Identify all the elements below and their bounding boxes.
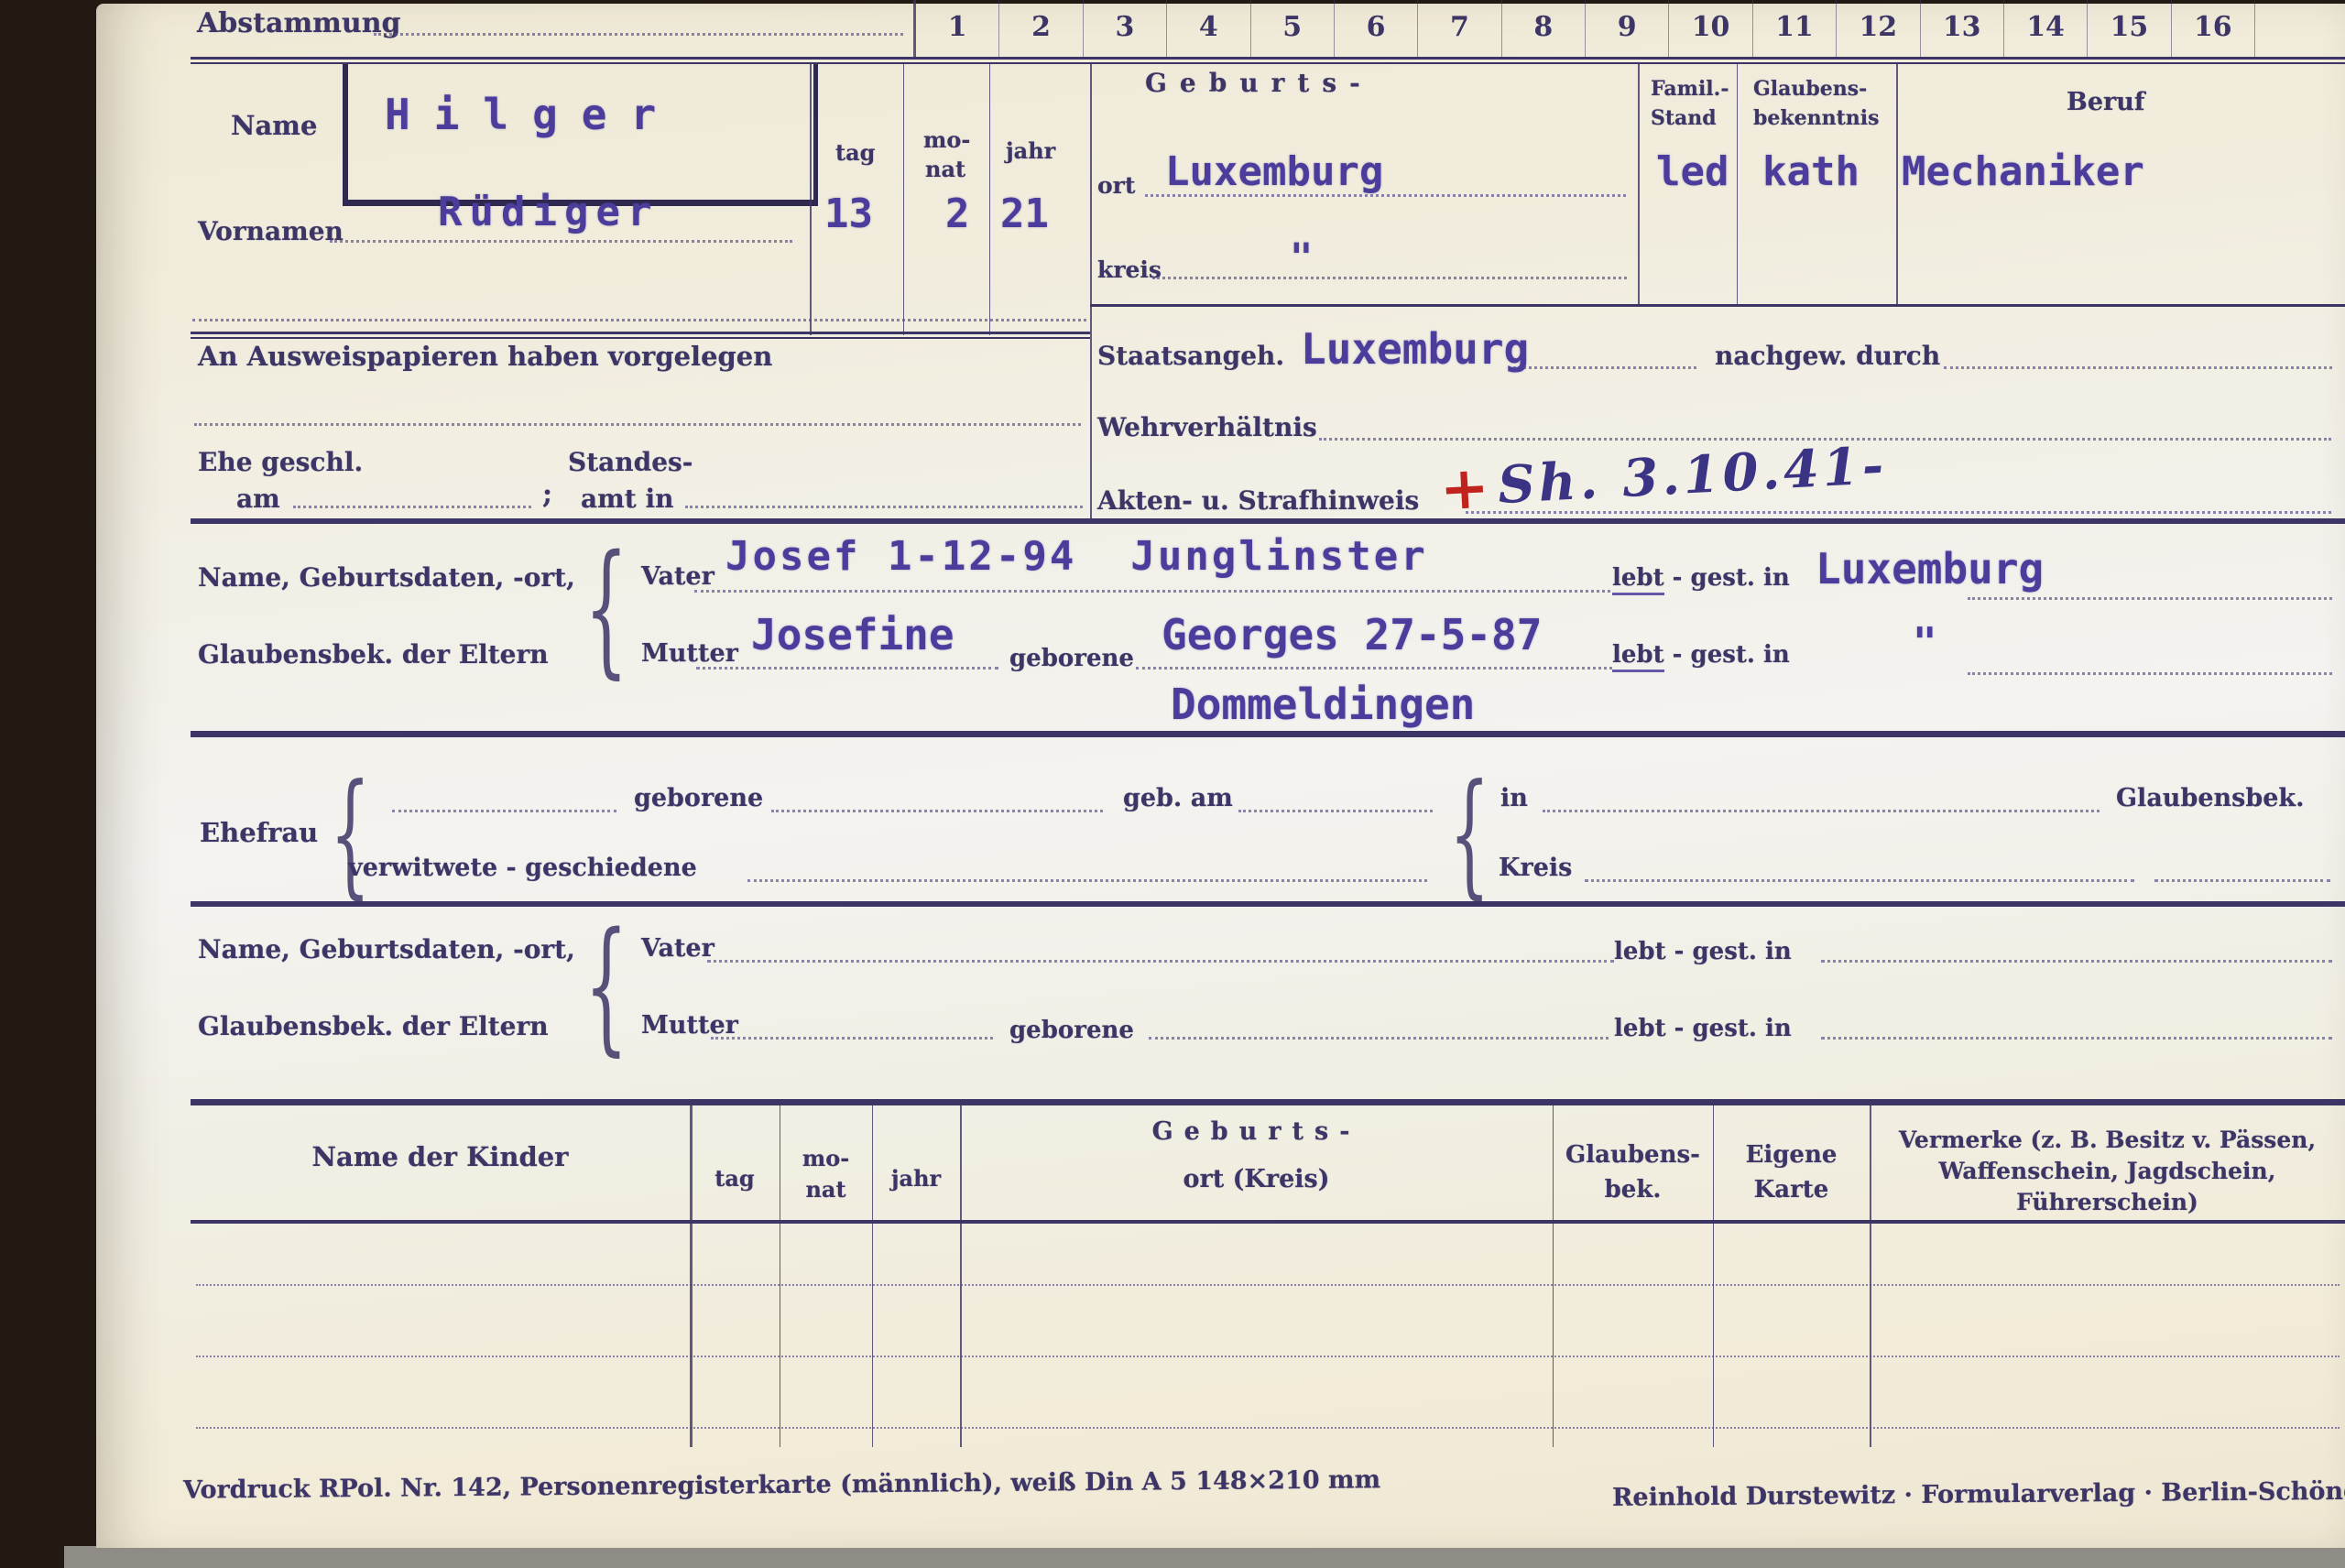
dotted-line	[1821, 960, 2332, 963]
brace: {	[1449, 768, 1490, 902]
table-column-line	[1870, 1105, 1871, 1447]
number-cell: 9	[1586, 0, 1669, 57]
dotted-line	[392, 810, 616, 812]
dotted-line	[1466, 511, 2331, 514]
nachgew-label: nachgew. durch	[1715, 341, 1940, 371]
col-header-glaubensbek: bek.	[1553, 1176, 1713, 1203]
geb-am-label: geb. am	[1123, 784, 1233, 812]
section-rule	[191, 731, 2345, 737]
dotted-line	[1145, 194, 1626, 197]
dotted-line	[374, 33, 903, 36]
parents-row-label: Name, Geburtsdaten, -ort,	[198, 934, 575, 964]
rule	[191, 57, 2345, 60]
name-label: Name	[231, 110, 317, 141]
scanned-registration-card: Abstammung 1 2 3 4 5 6 7 8 9 10 11 12 13…	[0, 0, 2345, 1568]
glaubensbek-label: Glaubensbek.	[2116, 784, 2305, 812]
monat-label: mo-	[923, 126, 970, 153]
col-header-eigene-karte: Eigene	[1713, 1141, 1870, 1169]
father-residence-value: Luxemburg	[1816, 544, 2044, 593]
firstname-value: Rüdiger	[438, 189, 659, 235]
col-header-geburts: Geburts-	[960, 1117, 1553, 1146]
col-header-monat: mo-	[780, 1145, 872, 1171]
dotted-line	[771, 810, 1103, 812]
lebt-gest-label: lebt - gest. in	[1614, 1015, 1792, 1042]
mother-value: Josefine	[751, 610, 954, 659]
rule	[191, 332, 1090, 334]
col-header-ort-kreis: ort (Kreis)	[960, 1165, 1553, 1193]
dotted-line	[711, 1037, 993, 1040]
grid-line	[1638, 64, 1640, 306]
famil-stand-label: Stand	[1651, 106, 1717, 130]
famil-stand-label: Famil.-	[1651, 77, 1729, 101]
number-cell: 15	[2088, 0, 2171, 57]
number-cell: 2	[999, 0, 1083, 57]
birth-month-value: 2	[945, 191, 970, 237]
ort-label: ort	[1097, 172, 1135, 199]
table-row-line	[196, 1284, 2340, 1286]
dotted-line	[1968, 672, 2332, 675]
surname-value: Hilger	[385, 90, 680, 139]
famil-stand-value: led	[1656, 148, 1729, 195]
mutter-label: Mutter	[641, 639, 738, 668]
number-cell: 4	[1167, 0, 1250, 57]
parents-row-label: Glaubensbek. der Eltern	[198, 639, 549, 670]
dotted-line	[1968, 597, 2332, 600]
scan-background-strip	[64, 1546, 2345, 1568]
number-cell: 12	[1837, 0, 1920, 57]
number-cell: 3	[1084, 0, 1167, 57]
akten-label: Akten- u. Strafhinweis	[1097, 485, 1419, 516]
paper-card	[96, 4, 2345, 1548]
lebt-underlined: lebt	[1612, 641, 1664, 672]
beruf-value: Mechaniker	[1902, 148, 2144, 195]
ehe-am-label: am	[236, 484, 280, 514]
geborene-label: geborene	[634, 784, 763, 812]
number-cell: 10	[1669, 0, 1752, 57]
dotted-line	[1238, 810, 1433, 812]
parents-row-label: Name, Geburtsdaten, -ort,	[198, 562, 575, 593]
birth-kreis-value: "	[1290, 234, 1313, 279]
grid-line	[1896, 64, 1898, 306]
mother-maiden-value: Georges 27-5-87	[1162, 610, 1542, 659]
brace: {	[584, 537, 628, 681]
ehefrau-label: Ehefrau	[200, 817, 318, 848]
dotted-line	[694, 590, 1610, 593]
col-header-name-kinder: Name der Kinder	[191, 1141, 690, 1172]
glaubens-label: bekenntnis	[1753, 106, 1880, 130]
dotted-line	[1513, 366, 1696, 369]
father-value: Josef 1-12-94 Junglinster	[725, 533, 1428, 580]
number-cell: 11	[1753, 0, 1837, 57]
col-header-eigene-karte: Karte	[1713, 1176, 1870, 1203]
nationality-value: Luxemburg	[1301, 324, 1529, 374]
number-cell: 8	[1502, 0, 1586, 57]
kreis-label: Kreis	[1499, 854, 1572, 882]
col-header-vermerke: Waffenschein, Jagdschein,	[1870, 1158, 2345, 1184]
section-rule	[191, 518, 2345, 524]
dotted-line	[330, 240, 792, 243]
table-column-line	[690, 1105, 693, 1447]
section-rule	[191, 901, 2345, 907]
dotted-line	[707, 960, 1614, 963]
number-cell: 5	[1251, 0, 1335, 57]
abstammung-number-row: 1 2 3 4 5 6 7 8 9 10 11 12 13 14 15 16	[916, 0, 2255, 57]
monat-label: nat	[925, 156, 965, 182]
grid-line	[903, 64, 904, 335]
dotted-line	[194, 423, 1081, 426]
ausweis-label: An Ausweispapieren haben vorgelegen	[198, 341, 772, 372]
dotted-line	[1152, 277, 1627, 279]
dotted-line	[1944, 366, 2332, 369]
grid-line	[810, 64, 812, 335]
gest-label: - gest. in	[1673, 564, 1790, 592]
dotted-line	[293, 506, 531, 508]
rule	[1090, 304, 2345, 307]
col-header-glaubensbek: Glaubens-	[1553, 1141, 1713, 1169]
in-label: in	[1500, 784, 1528, 812]
geborene-label: geborene	[1009, 645, 1134, 672]
lebt-underlined: lebt	[1612, 564, 1664, 595]
number-cell: 16	[2172, 0, 2255, 57]
lebt-gest-label: lebt - gest. in	[1612, 564, 1790, 592]
number-cell: 1	[916, 0, 999, 57]
glaubens-label: Glaubens-	[1753, 77, 1867, 101]
vater-label: Vater	[641, 562, 714, 591]
dotted-line	[696, 667, 998, 670]
standesamt-label: amt in	[581, 484, 673, 514]
dotted-line	[192, 319, 1086, 321]
lebt-gest-label: lebt - gest. in	[1614, 938, 1792, 965]
geburts-header: Geburts-	[1145, 68, 1373, 98]
lebt-gest-label: lebt - gest. in	[1612, 641, 1790, 669]
table-header-rule	[191, 1220, 2345, 1224]
section-rule	[191, 1099, 2345, 1105]
grid-line	[989, 64, 990, 335]
table-column-line	[960, 1105, 962, 1447]
dotted-line	[2154, 879, 2330, 882]
table-column-line	[872, 1105, 873, 1447]
table-row-line	[196, 1356, 2340, 1357]
ehe-label: Ehe geschl.	[198, 447, 363, 477]
dotted-line	[685, 506, 1083, 508]
table-row-line	[196, 1427, 2340, 1429]
mother-residence-ditto: "	[1913, 619, 1937, 666]
mutter-label: Mutter	[641, 1011, 738, 1040]
glaubens-value: kath	[1762, 148, 1860, 195]
vater-label: Vater	[641, 934, 714, 963]
standesamt-label: Standes-	[568, 447, 693, 477]
dotted-line	[1149, 1037, 1609, 1040]
number-cell: 14	[2004, 0, 2088, 57]
jahr-label: jahr	[1006, 137, 1055, 164]
verwitwete-label: verwitwete - geschiedene	[348, 854, 697, 882]
grid-line	[1737, 64, 1738, 306]
dotted-line	[747, 879, 1427, 882]
col-header-vermerke: Vermerke (z. B. Besitz v. Pässen,	[1870, 1127, 2345, 1153]
number-cell: 13	[1921, 0, 2004, 57]
col-header-jahr: jahr	[872, 1165, 960, 1192]
col-header-monat: nat	[780, 1176, 872, 1203]
abstammung-label: Abstammung	[197, 7, 401, 39]
rule	[191, 337, 1090, 339]
tag-label: tag	[835, 139, 875, 166]
number-cell: 7	[1418, 0, 1501, 57]
col-header-tag: tag	[690, 1165, 780, 1192]
dotted-line	[1136, 667, 1612, 670]
birthplace-value: Luxemburg	[1165, 148, 1383, 195]
birth-year-value: 21	[1000, 191, 1049, 237]
dotted-line	[1543, 810, 2100, 812]
wehr-label: Wehrverhältnis	[1097, 412, 1317, 442]
geborene-label: geborene	[1009, 1017, 1134, 1044]
column-divider	[1090, 64, 1092, 518]
parents-row-label: Glaubensbek. der Eltern	[198, 1011, 549, 1041]
mother-residence-value: Dommeldingen	[1171, 680, 1475, 729]
number-cell: 6	[1335, 0, 1418, 57]
brace: {	[584, 914, 628, 1059]
vornamen-label: Vornamen	[198, 216, 344, 246]
dotted-line	[1821, 1037, 2332, 1040]
semicolon: ;	[542, 478, 552, 510]
gest-label: - gest. in	[1673, 641, 1790, 669]
staatsangeh-label: Staatsangeh.	[1097, 341, 1284, 371]
dotted-line	[1585, 879, 2134, 882]
col-header-vermerke: Führerschein)	[1870, 1189, 2345, 1215]
beruf-label: Beruf	[2067, 88, 2144, 116]
birth-day-value: 13	[824, 191, 873, 237]
